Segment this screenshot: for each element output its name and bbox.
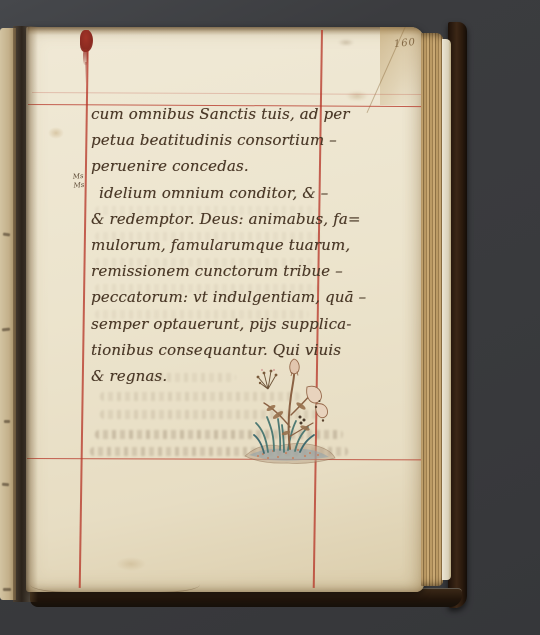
parchment-stain — [116, 557, 146, 571]
parchment-stain — [346, 91, 368, 101]
text-line: petua beatitudinis consortium – — [91, 127, 333, 153]
ruling-line-horizontal-faint — [32, 92, 424, 95]
facing-page-text-fragment — [3, 233, 10, 237]
facing-page-edge — [0, 28, 16, 600]
underlying-page-sliver — [442, 39, 451, 580]
marginal-note: Ms Ms — [57, 172, 84, 192]
seed-dots — [299, 416, 306, 425]
red-ink-blot — [80, 30, 93, 52]
text-line: & redemptor. Deus: animabus, fa= — [91, 206, 333, 232]
ruling-line-vertical-left — [79, 30, 89, 588]
text-line: peccatorum: vt indulgentiam, quā – — [91, 284, 333, 310]
parchment-stain — [48, 127, 64, 139]
text-line: semper optauerunt, pijs supplica- — [91, 311, 333, 337]
facing-page-text-fragment — [4, 420, 10, 423]
marginal-note-line: Ms — [58, 181, 85, 192]
text-line: cum omnibus Sanctis tuis, ad per — [91, 101, 333, 127]
page-bottom-crease — [30, 576, 200, 592]
manuscript-page: 160 Ms Ms cum omnibus Sanctis tuis, ad p… — [26, 27, 424, 592]
bud-spray — [258, 371, 276, 389]
ruling-line-horizontal-bottom — [27, 458, 424, 461]
bud-spray-tips — [257, 369, 278, 384]
bell-flower — [316, 404, 328, 418]
text-line: peruenire concedas. — [91, 153, 333, 179]
folio-number: 160 — [393, 37, 416, 51]
facing-page-text-fragment — [2, 328, 10, 332]
text-line: remissionem cunctorum tribue – — [91, 258, 333, 284]
text-line: mulorum, famularumque tuarum, — [91, 232, 333, 258]
facing-page-text-fragment — [2, 483, 9, 487]
faint-smudge-mark — [338, 39, 354, 46]
fore-edge-page-stack — [421, 33, 443, 586]
facing-page-text-fragment — [3, 588, 11, 591]
top-bud — [290, 359, 299, 374]
plant-illustration — [238, 357, 342, 469]
manuscript-photo: { "manuscript": { "folio_number": "160",… — [0, 0, 540, 635]
manuscript-text-block: cum omnibus Sanctis tuis, ad per petua b… — [91, 101, 333, 389]
text-line: idelium omnium conditor, & – — [91, 180, 333, 206]
